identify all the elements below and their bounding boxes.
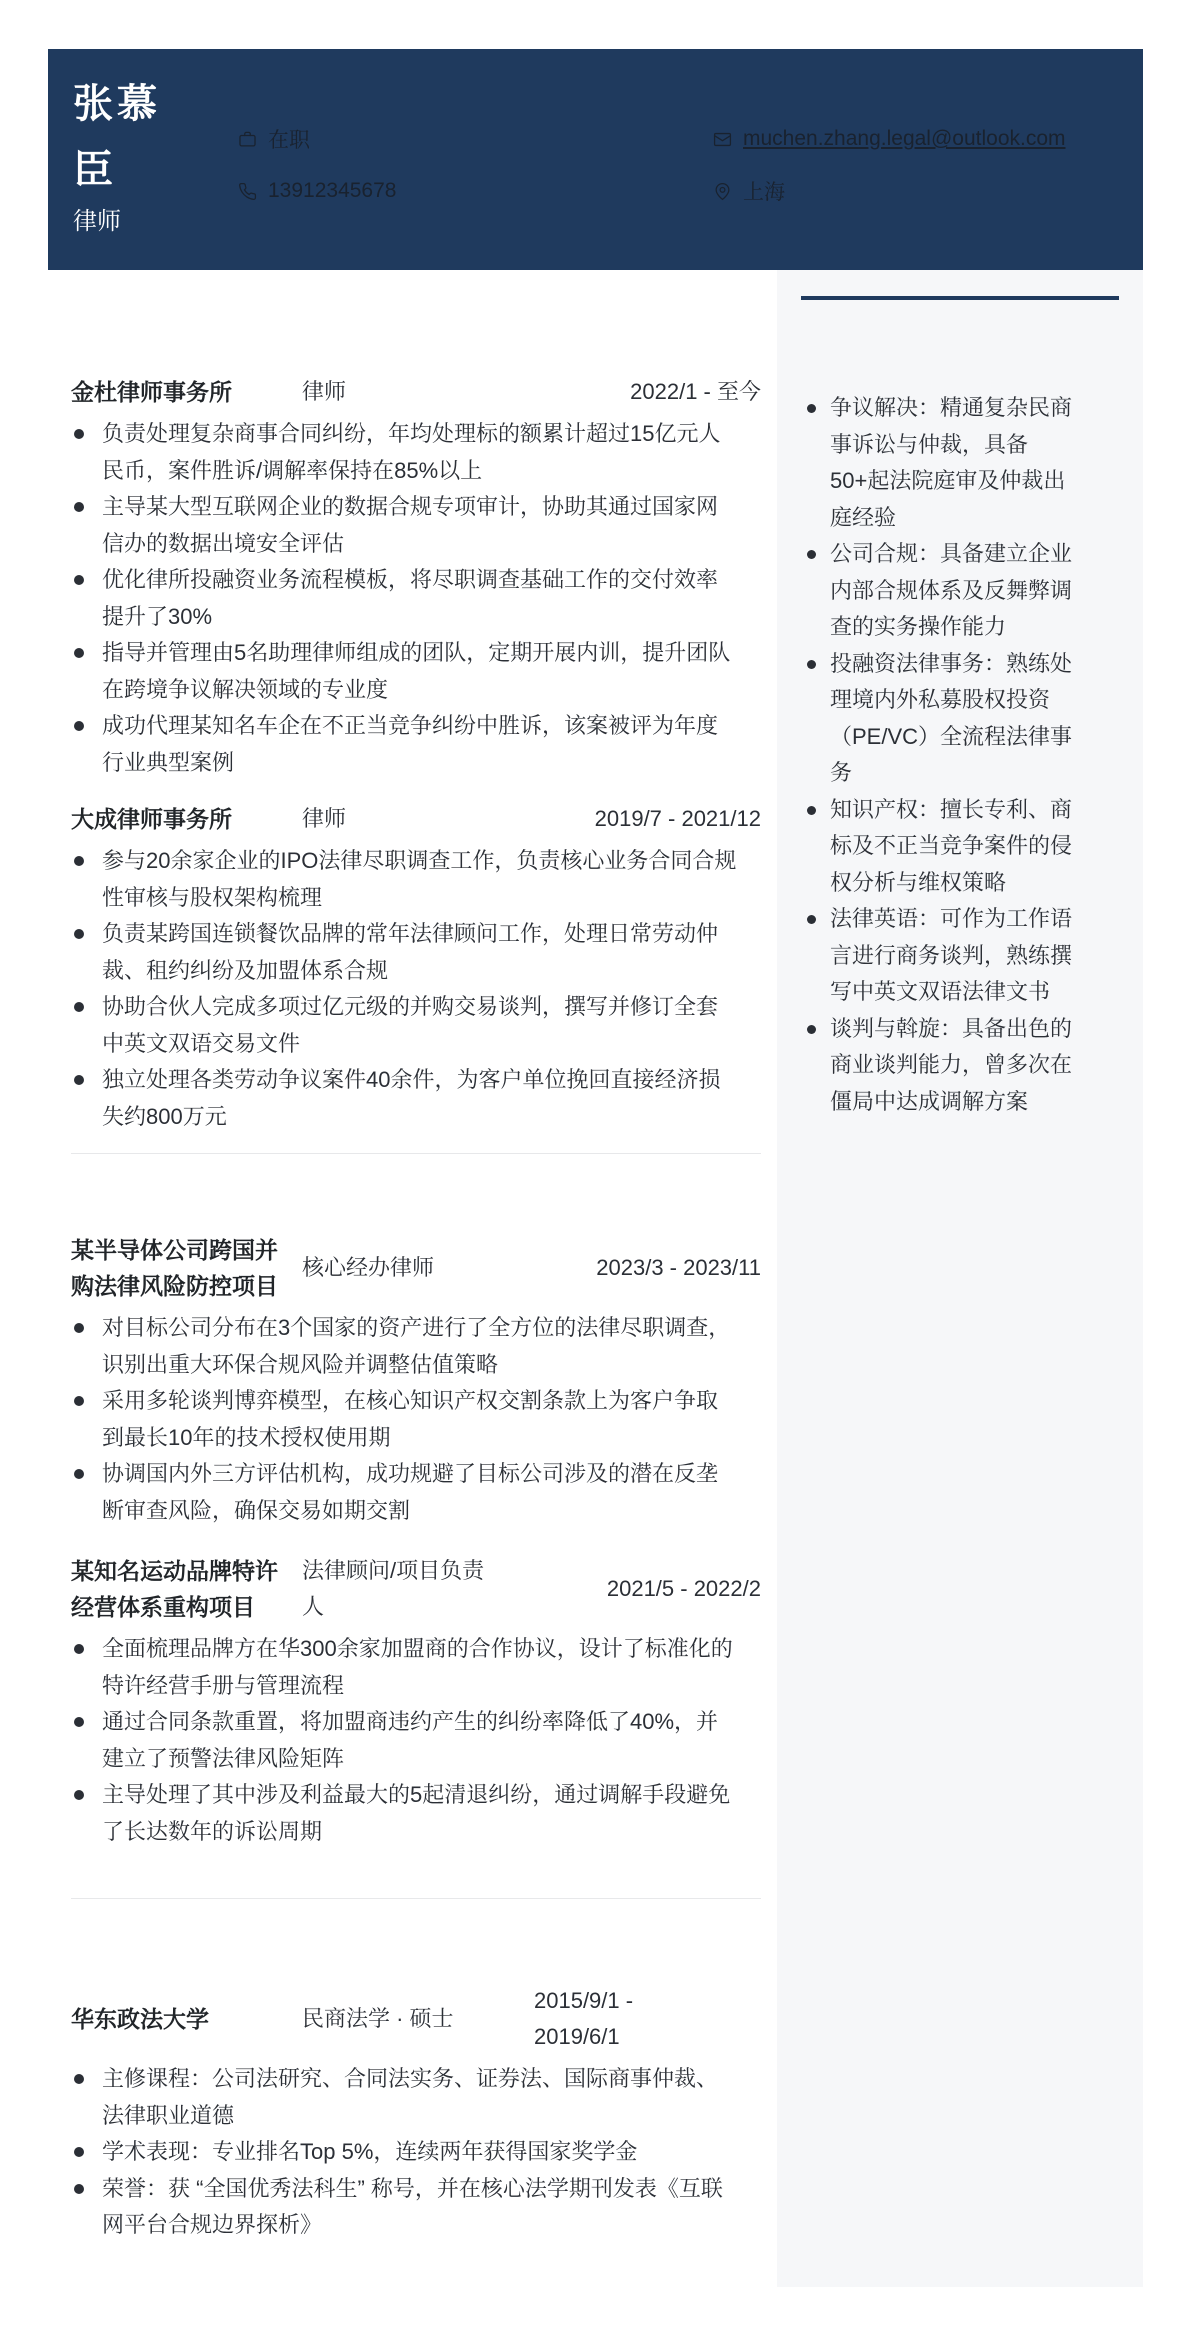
sidebar-accent-rule	[801, 296, 1119, 300]
section-projects: 某半导体公司跨国并购法律风险防控项目 核心经办律师 2023/3 - 2023/…	[71, 1154, 761, 1898]
skill-item: 知识产权：擅长专利、商标及不正当竞争案件的侵权分析与维权策略	[830, 792, 1080, 902]
skill-item: 法律英语：可作为工作语言进行商务谈判，熟练撰写中英文双语法律文书	[830, 901, 1080, 1011]
bullet-item: 优化律所投融资业务流程模板，将尽职调查基础工作的交付效率提升了30%	[102, 562, 737, 635]
entry-org: 某半导体公司跨国并购法律风险防控项目	[71, 1232, 286, 1304]
skill-item: 公司合规：具备建立企业内部合规体系及反舞弊调查的实务操作能力	[830, 536, 1080, 646]
entry-date: 2019/7 - 2021/12	[534, 801, 761, 837]
bullet-item: 参与20余家企业的IPO法律尽职调查工作，负责核心业务合同合规性审核与股权架构梳…	[102, 843, 737, 916]
mail-icon	[713, 130, 732, 149]
bullet-item: 全面梳理品牌方在华300余家加盟商的合作协议，设计了标准化的特许经营手册与管理流…	[102, 1631, 737, 1704]
candidate-headline: 律师	[73, 207, 121, 237]
entry-date: 2021/5 - 2022/2	[534, 1571, 761, 1607]
bullet-item: 协调国内外三方评估机构，成功规避了目标公司涉及的潜在反垄断审查风险，确保交易如期…	[102, 1456, 737, 1529]
entry-bullets: 负责处理复杂商事合同纠纷，年均处理标的额累计超过15亿元人民币，案件胜诉/调解率…	[71, 416, 761, 781]
entry-date: 2022/1 - 至今	[534, 374, 761, 410]
bullet-item: 学术表现：专业排名Top 5%，连续两年获得国家奖学金	[102, 2134, 737, 2171]
skill-item: 投融资法律事务：熟练处理境内外私募股权投资（PE/VC）全流程法律事务	[830, 646, 1080, 792]
bullet-item: 主修课程：公司法研究、合同法实务、证券法、国际商事仲裁、法律职业道德	[102, 2061, 737, 2134]
entry-role: 核心经办律师	[302, 1250, 490, 1286]
skill-item: 谈判与斡旋：具备出色的商业谈判能力，曾多次在僵局中达成调解方案	[830, 1011, 1080, 1121]
email-row: muchen.zhang.legal@outlook.com	[713, 125, 1143, 153]
entry-org: 华东政法大学	[71, 2001, 286, 2037]
bullet-item: 通过合同条款重置，将加盟商违约产生的纠纷率降低了40%，并建立了预警法律风险矩阵	[102, 1704, 737, 1777]
project-entry: 某半导体公司跨国并购法律风险防控项目 核心经办律师 2023/3 - 2023/…	[71, 1232, 761, 1529]
work-entry: 金杜律师事务所 律师 2022/1 - 至今 负责处理复杂商事合同纠纷，年均处理…	[71, 374, 761, 781]
entry-date: 2015/9/1 - 2019/6/1	[534, 1983, 684, 2055]
entry-bullets: 对目标公司分布在3个国家的资产进行了全方位的法律尽职调查，识别出重大环保合规风险…	[71, 1310, 761, 1529]
entry-org: 某知名运动品牌特许经营体系重构项目	[71, 1553, 286, 1625]
entry-role: 民商法学 · 硕士	[302, 2001, 490, 2037]
entry-header: 某知名运动品牌特许经营体系重构项目 法律顾问/项目负责人 2021/5 - 20…	[71, 1553, 761, 1625]
phone-number: 13912345678	[238, 177, 618, 205]
entry-role: 律师	[302, 801, 490, 837]
section-work-experience: 金杜律师事务所 律师 2022/1 - 至今 负责处理复杂商事合同纠纷，年均处理…	[71, 272, 761, 1153]
entry-header: 华东政法大学 民商法学 · 硕士 2015/9/1 - 2019/6/1	[71, 1983, 761, 2055]
entry-header: 某半导体公司跨国并购法律风险防控项目 核心经办律师 2023/3 - 2023/…	[71, 1232, 761, 1304]
skills-sidebar: 争议解决：精通复杂民商事诉讼与仲裁，具备50+起法院庭审及仲裁出庭经验 公司合规…	[777, 270, 1143, 2287]
briefcase-icon	[238, 130, 257, 149]
bullet-item: 采用多轮谈判博弈模型，在核心知识产权交割条款上为客户争取到最长10年的技术授权使…	[102, 1383, 737, 1456]
entry-org: 金杜律师事务所	[71, 374, 286, 410]
contact-column-left: 在职 13912345678	[238, 125, 618, 205]
candidate-name: 张慕臣	[73, 71, 177, 203]
section-education: 华东政法大学 民商法学 · 硕士 2015/9/1 - 2019/6/1 主修课…	[71, 1899, 761, 2244]
entry-date: 2023/3 - 2023/11	[534, 1250, 761, 1286]
bullet-item: 负责某跨国连锁餐饮品牌的常年法律顾问工作，处理日常劳动仲裁、租约纠纷及加盟体系合…	[102, 916, 737, 989]
bullet-item: 协助合伙人完成多项过亿元级的并购交易谈判，撰写并修订全套中英文双语交易文件	[102, 989, 737, 1062]
contact-column-right: muchen.zhang.legal@outlook.com 上海	[713, 125, 1143, 205]
entry-bullets: 参与20余家企业的IPO法律尽职调查工作，负责核心业务合同合规性审核与股权架构梳…	[71, 843, 761, 1135]
skill-item: 争议解决：精通复杂民商事诉讼与仲裁，具备50+起法院庭审及仲裁出庭经验	[830, 390, 1080, 536]
location-row: 上海	[713, 177, 1143, 205]
bullet-item: 指导并管理由5名助理律师组成的团队，定期开展内训，提升团队在跨境争议解决领域的专…	[102, 635, 737, 708]
employment-status-text: 在职	[268, 125, 310, 153]
phone-icon	[238, 182, 257, 201]
phone-number-text: 13912345678	[268, 179, 396, 203]
bullet-item: 主导某大型互联网企业的数据合规专项审计，协助其通过国家网信办的数据出境安全评估	[102, 489, 737, 562]
bullet-item: 成功代理某知名车企在不正当竞争纠纷中胜诉，该案被评为年度行业典型案例	[102, 708, 737, 781]
project-entry: 某知名运动品牌特许经营体系重构项目 法律顾问/项目负责人 2021/5 - 20…	[71, 1553, 761, 1850]
bullet-item: 负责处理复杂商事合同纠纷，年均处理标的额累计超过15亿元人民币，案件胜诉/调解率…	[102, 416, 737, 489]
skills-list: 争议解决：精通复杂民商事诉讼与仲裁，具备50+起法院庭审及仲裁出庭经验 公司合规…	[830, 390, 1080, 1120]
entry-header: 大成律师事务所 律师 2019/7 - 2021/12	[71, 801, 761, 837]
work-entry: 大成律师事务所 律师 2019/7 - 2021/12 参与20余家企业的IPO…	[71, 801, 761, 1135]
entry-bullets: 全面梳理品牌方在华300余家加盟商的合作协议，设计了标准化的特许经营手册与管理流…	[71, 1631, 761, 1850]
location-text: 上海	[743, 177, 785, 205]
education-entry: 华东政法大学 民商法学 · 硕士 2015/9/1 - 2019/6/1 主修课…	[71, 1983, 761, 2244]
bullet-item: 主导处理了其中涉及利益最大的5起清退纠纷，通过调解手段避免了长达数年的诉讼周期	[102, 1777, 737, 1850]
bullet-item: 荣誉：获 “全国优秀法科生” 称号，并在核心法学期刊发表《互联网平台合规边界探析…	[102, 2171, 737, 2244]
main-column: 金杜律师事务所 律师 2022/1 - 至今 负责处理复杂商事合同纠纷，年均处理…	[71, 272, 761, 2244]
entry-header: 金杜律师事务所 律师 2022/1 - 至今	[71, 374, 761, 410]
employment-status: 在职	[238, 125, 618, 153]
map-pin-icon	[713, 182, 732, 201]
bullet-item: 独立处理各类劳动争议案件40余件，为客户单位挽回直接经济损失约800万元	[102, 1062, 737, 1135]
entry-role: 律师	[302, 374, 490, 410]
entry-role: 法律顾问/项目负责人	[302, 1553, 490, 1625]
entry-bullets: 主修课程：公司法研究、合同法实务、证券法、国际商事仲裁、法律职业道德 学术表现：…	[71, 2061, 761, 2244]
bullet-item: 对目标公司分布在3个国家的资产进行了全方位的法律尽职调查，识别出重大环保合规风险…	[102, 1310, 737, 1383]
resume-header: 张慕臣 律师 在职 13912345678 muchen.zhang.legal…	[48, 49, 1143, 270]
entry-org: 大成律师事务所	[71, 801, 286, 837]
email-link[interactable]: muchen.zhang.legal@outlook.com	[743, 127, 1066, 151]
